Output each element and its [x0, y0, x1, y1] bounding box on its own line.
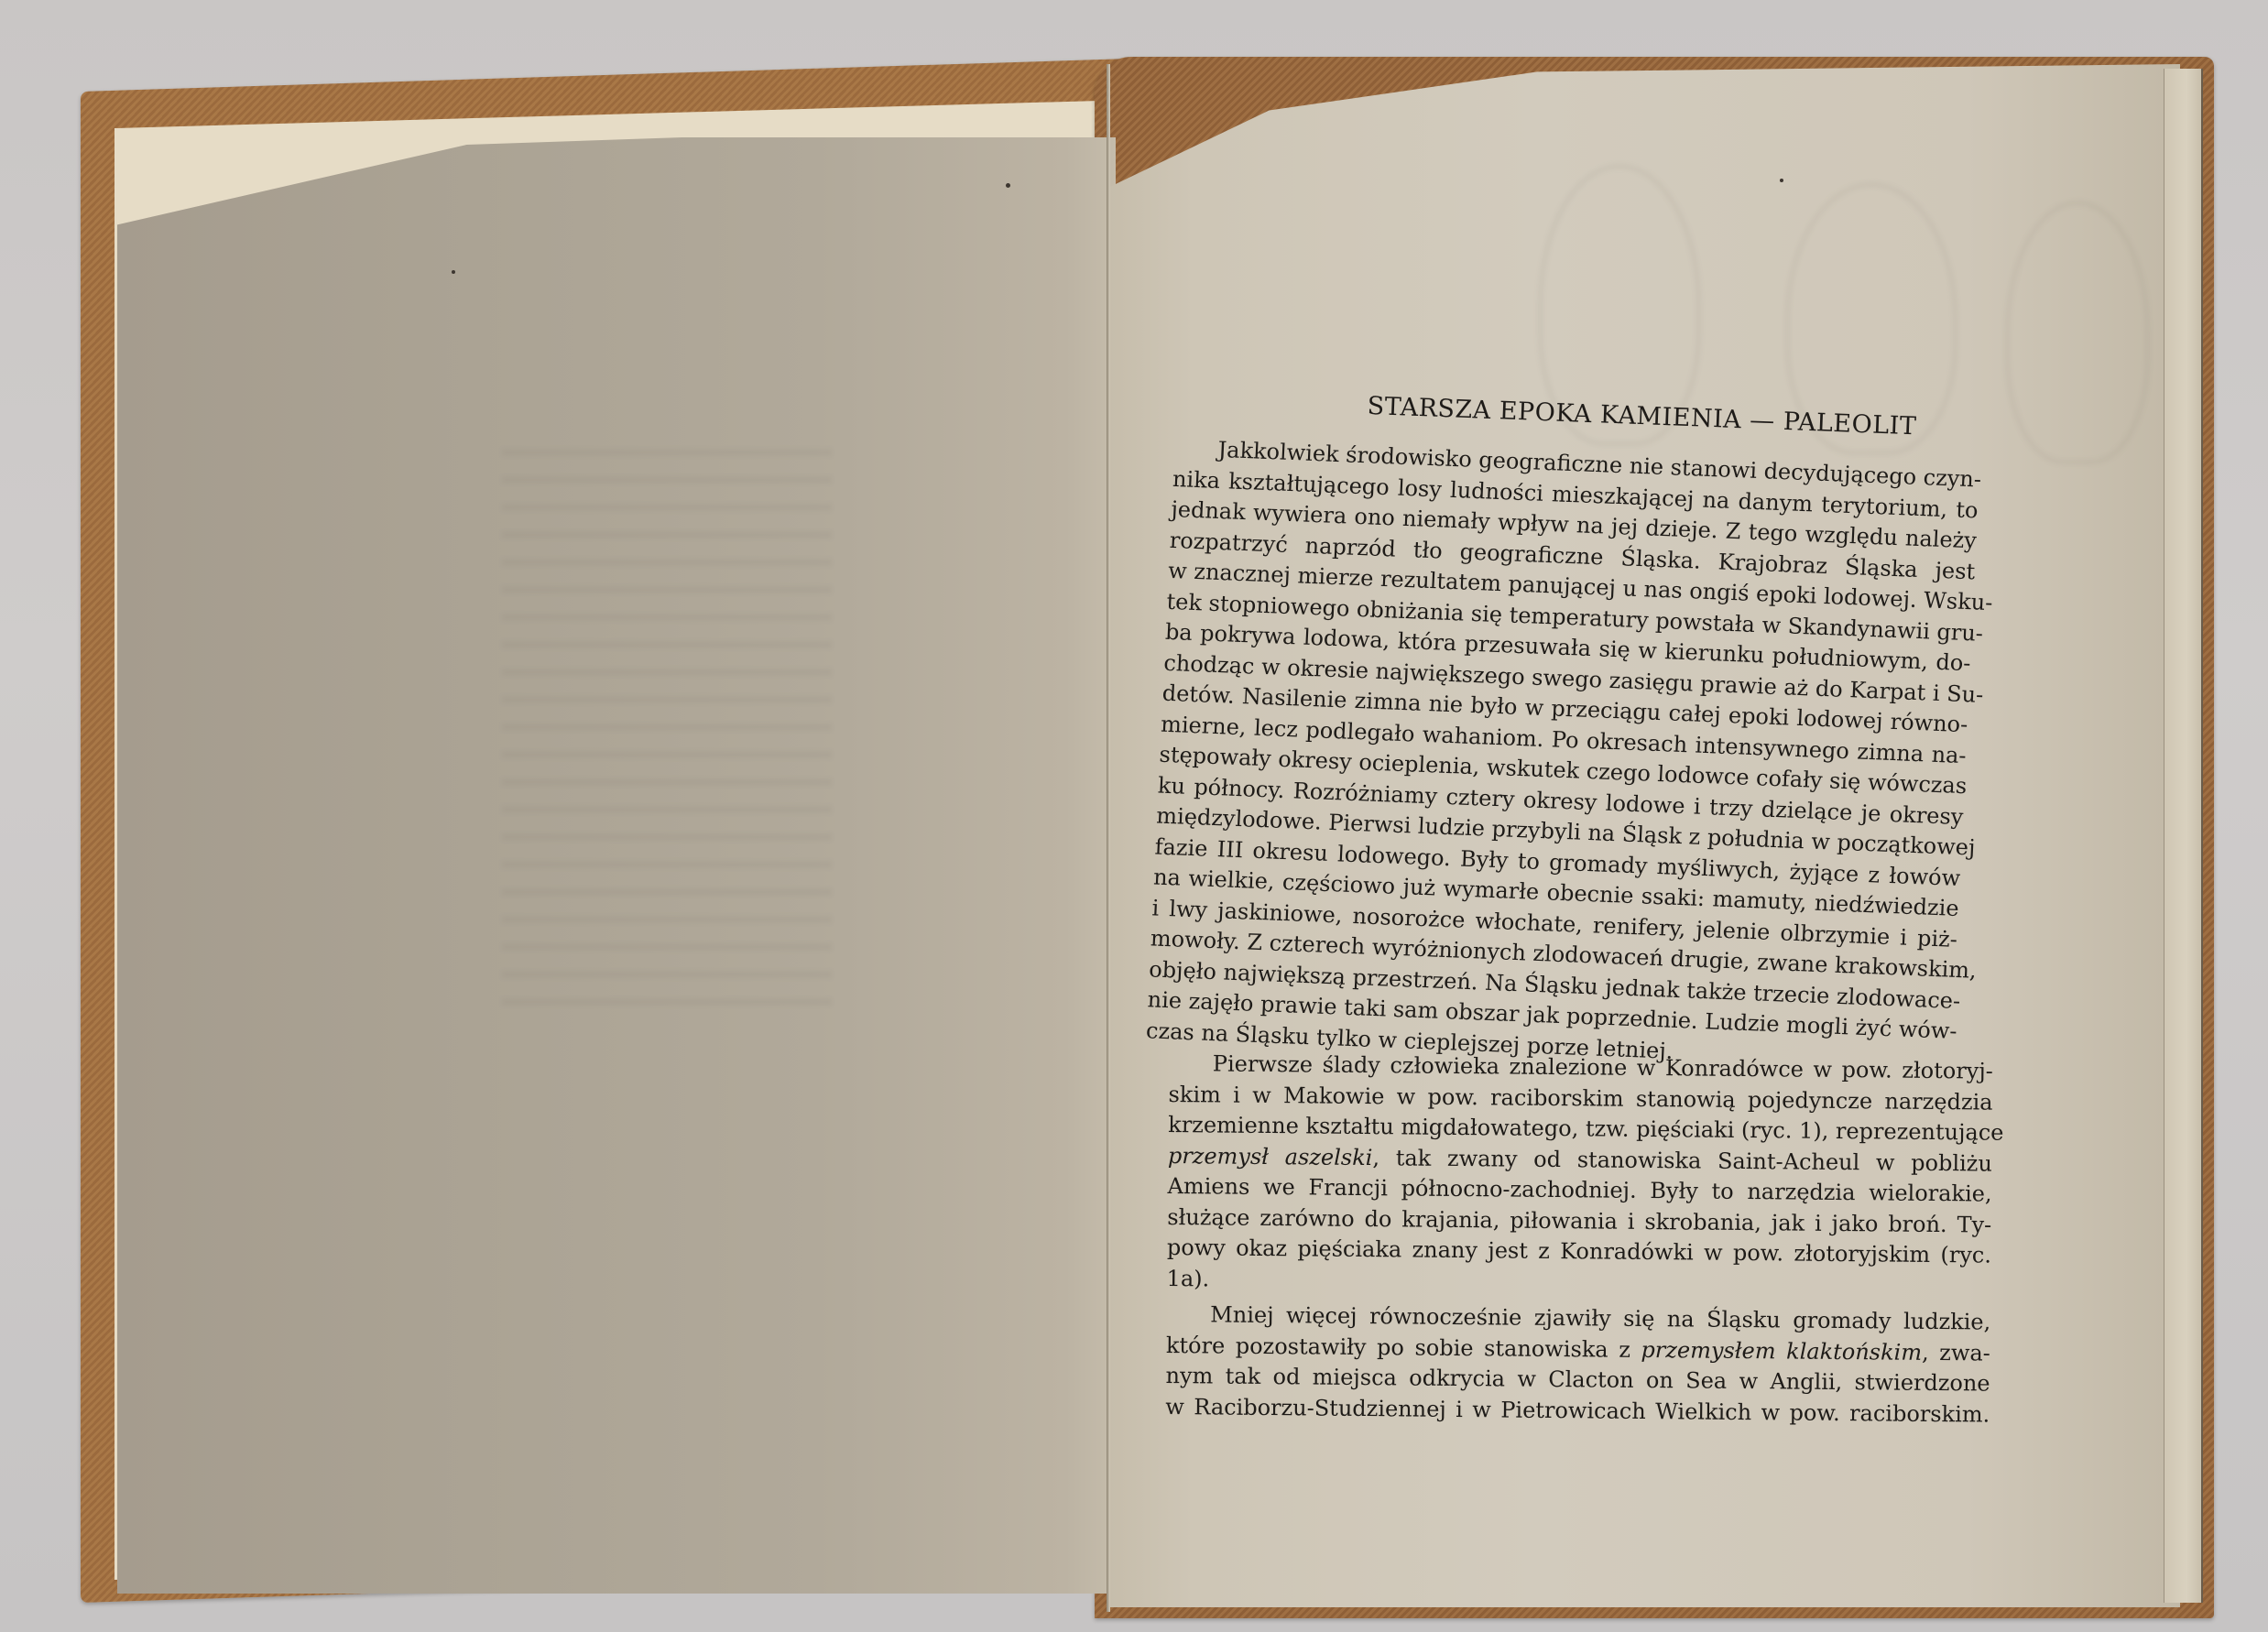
italic-term: przemysł aszelski: [1168, 1142, 1373, 1170]
text-block: STARSZA EPOKA KAMIENIA — PALEOLIT Jakkol…: [1165, 385, 2000, 1436]
left-page: [117, 137, 1116, 1594]
paragraph-3: Mniej więcej równocześnie zjawiły się na…: [1165, 1300, 1990, 1431]
paper-speck: [452, 270, 455, 274]
paper-speck: [1006, 183, 1010, 188]
paragraph-1: Jakkolwiek środowisko geograficzne nie s…: [1145, 433, 1979, 1078]
show-through-illustration: [2006, 201, 2149, 463]
italic-term: przemysłem klaktońskim: [1641, 1336, 1922, 1365]
right-page: STARSZA EPOKA KAMIENIA — PALEOLIT Jakkol…: [1108, 64, 2180, 1607]
paragraph-2: Pierwsze ślady człowieka znalezione w Ko…: [1166, 1049, 1993, 1302]
chapter-title: STARSZA EPOKA KAMIENIA — PALEOLIT: [1174, 385, 2000, 444]
paper-speck: [1780, 179, 1783, 182]
page-edges: [2164, 69, 2203, 1603]
book-spine-gutter: [1107, 64, 1110, 1612]
show-through-text: [502, 449, 832, 1017]
book-photo: STARSZA EPOKA KAMIENIA — PALEOLIT Jakkol…: [0, 0, 2268, 1632]
